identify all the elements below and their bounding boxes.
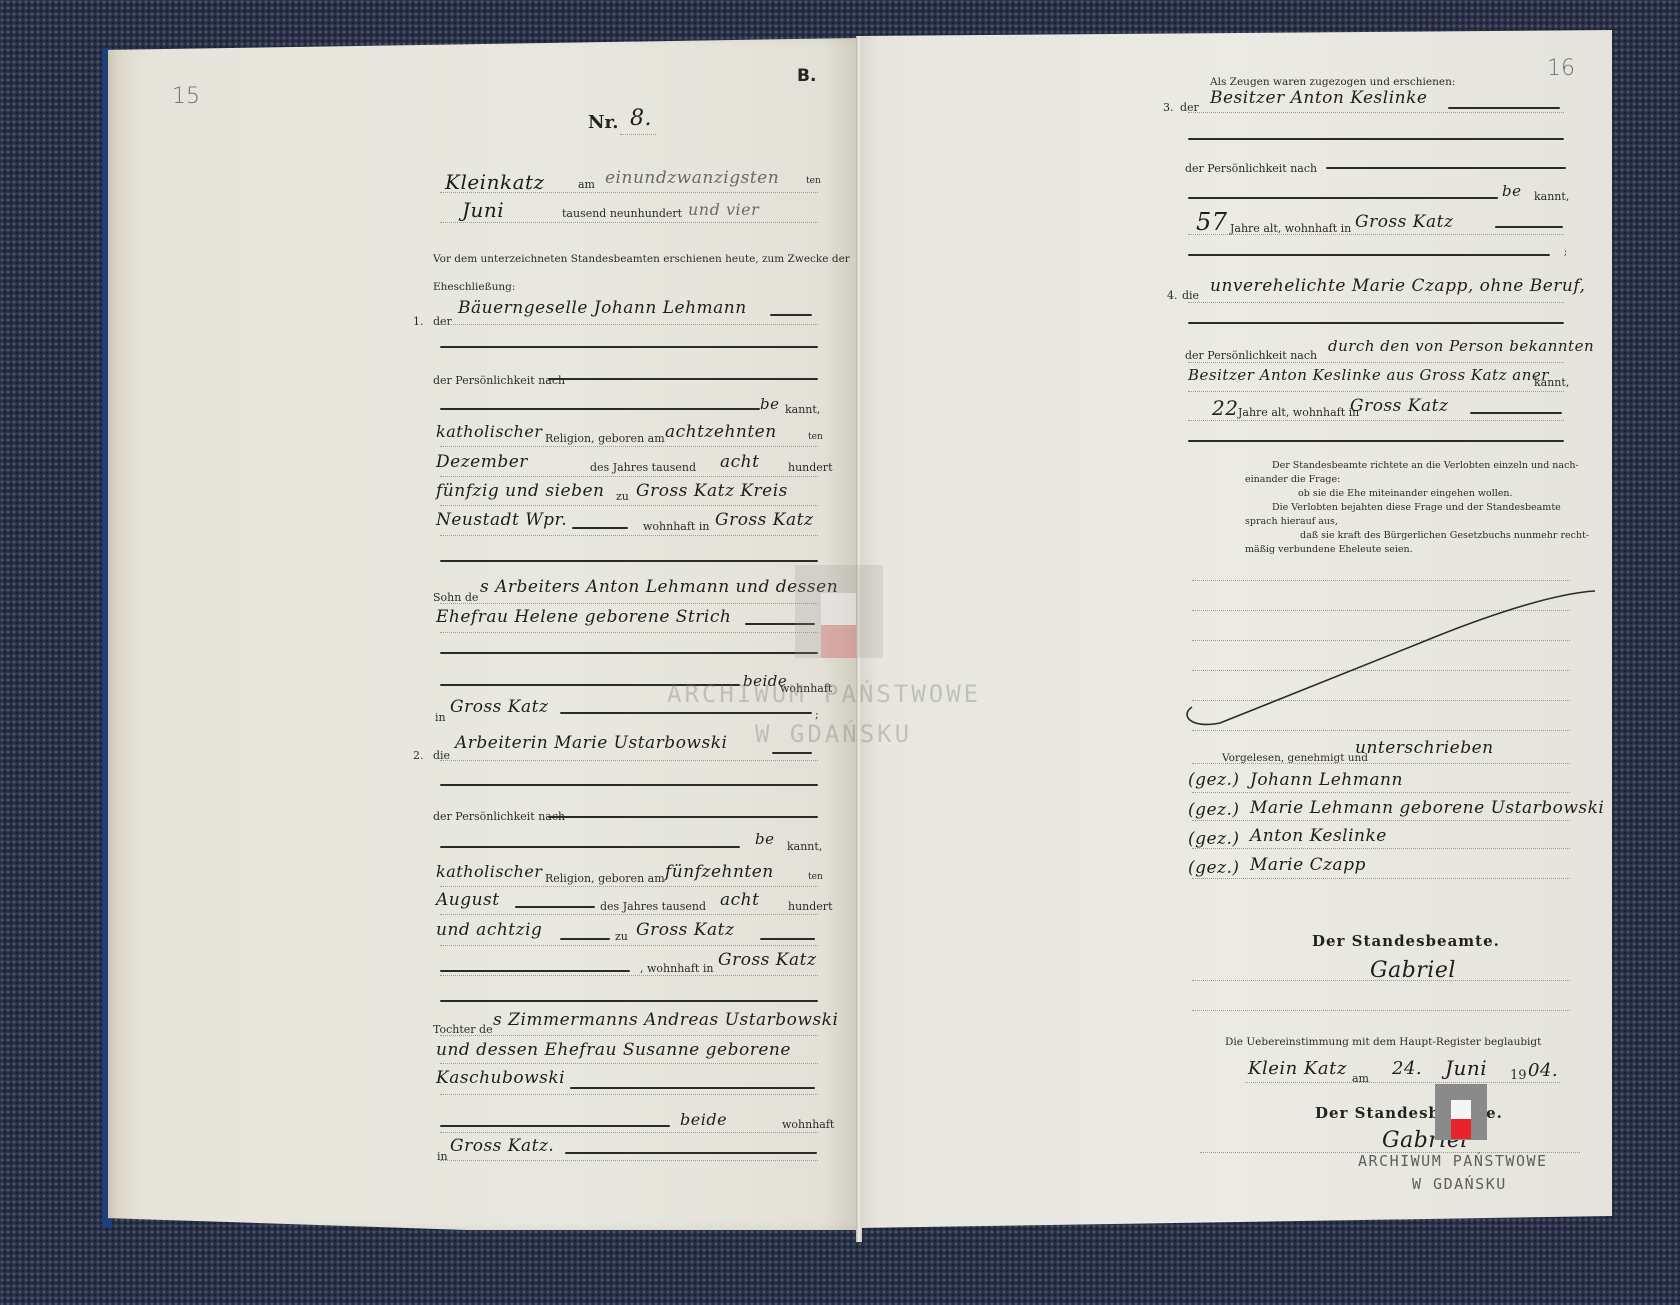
witness1-residence: Gross Katz: [1355, 212, 1453, 232]
place-hand: Kleinkatz: [445, 170, 545, 194]
religion-label: Religion, geboren am: [545, 872, 665, 885]
witness1-age: 57: [1196, 208, 1228, 236]
ten-suffix: ten: [808, 872, 823, 882]
archive-logo: [1435, 1084, 1487, 1140]
religion-label: Religion, geboren am: [545, 432, 665, 445]
certification-month: Juni: [1445, 1056, 1487, 1080]
groom-religion: katholischer: [436, 422, 542, 441]
zu-label: zu: [615, 930, 628, 943]
persoenlichkeit-label: der Persönlichkeit nach: [433, 374, 565, 387]
die-label: die: [1182, 289, 1199, 302]
bride-parents-residence: Gross Katz.: [450, 1136, 554, 1156]
am-label: am: [1352, 1072, 1369, 1085]
bekannt-hand: be: [755, 830, 774, 848]
bride-birth-month: August: [436, 890, 500, 910]
bekannt-print: kannt,: [1534, 190, 1569, 203]
certification-place: Klein Katz: [1248, 1058, 1347, 1079]
ten-suffix: ten: [808, 432, 823, 442]
archive-logo: [795, 565, 883, 658]
declaration-line: sprach hierauf aus,: [1245, 516, 1338, 527]
signature-prefix: (gez.): [1188, 829, 1240, 849]
folio-number-right: 16: [1547, 56, 1575, 81]
bekannt-print: kannt,: [787, 840, 822, 853]
certification-day: 24.: [1392, 1058, 1422, 1079]
witness2-ident-1: durch den von Person bekannten: [1328, 337, 1594, 355]
bride-residence: Gross Katz: [718, 950, 816, 970]
hundert-label: hundert: [788, 900, 832, 913]
bride-birthplace: Gross Katz: [636, 920, 734, 940]
signature-prefix: (gez.): [1188, 858, 1240, 878]
der-label: der: [433, 315, 452, 328]
register-letter: B.: [797, 66, 816, 86]
signature-name: Johann Lehmann: [1250, 770, 1403, 790]
declaration-line: ob sie die Ehe miteinander eingehen woll…: [1298, 488, 1513, 499]
entry-number-label: Nr.: [588, 112, 619, 133]
signature-name: Marie Lehmann geborene Ustarbowski: [1250, 798, 1604, 818]
groom-birth-month: Dezember: [436, 452, 528, 472]
bride-birth-day: fünfzehnten: [665, 862, 774, 882]
certification-year-hand: 04.: [1528, 1060, 1558, 1081]
bride-name: Arbeiterin Marie Ustarbowski: [455, 733, 727, 753]
watermark-line-1: ARCHIWUM PAŃSTWOWE: [667, 680, 981, 708]
unterschrieben-hand: unterschrieben: [1355, 738, 1494, 758]
in-label: in: [437, 1150, 448, 1163]
intro-text: Vor dem unterzeichneten Standesbeamten e…: [433, 253, 850, 265]
certification-year-print: 19: [1510, 1068, 1527, 1083]
witness2-number: 4.: [1167, 289, 1178, 302]
groom-birth-year: fünfzig und sieben: [436, 481, 604, 501]
bekannt-print: kannt,: [1534, 376, 1569, 389]
declaration-line: daß sie kraft des Bürgerlichen Gesetzbuc…: [1300, 530, 1589, 541]
entry-number: 8.: [630, 106, 652, 131]
bride-birth-year: und achtzig: [436, 920, 542, 940]
bride-parents-1: s Zimmermanns Andreas Ustarbowski: [493, 1010, 838, 1030]
bride-religion: katholischer: [436, 862, 542, 881]
ten-suffix: ten: [806, 176, 821, 186]
year-printed: tausend neunhundert: [562, 207, 682, 220]
witnesses-heading: Als Zeugen waren zugezogen und erschiene…: [1210, 76, 1455, 88]
witness1-name: Besitzer Anton Keslinke: [1210, 88, 1427, 108]
declaration-line: Der Standesbeamte richtete an die Verlob…: [1272, 460, 1579, 471]
wohnhaft-label: , wohnhaft in: [640, 962, 713, 975]
persoenlichkeit-label: der Persönlichkeit nach: [1185, 349, 1317, 362]
bride-number: 2.: [413, 749, 424, 762]
groom-parents-residence: Gross Katz: [450, 697, 548, 717]
bride-birth-century: acht: [720, 890, 759, 910]
bekannt-hand: be: [1502, 182, 1521, 200]
bekannt-print: kannt,: [785, 403, 820, 416]
witness1-number: 3.: [1163, 101, 1174, 114]
declaration-line: einander die Frage:: [1245, 474, 1340, 485]
groom-residence: Gross Katz: [715, 510, 813, 530]
zu-label: zu: [616, 490, 629, 503]
witness2-residence: Gross Katz: [1350, 396, 1448, 416]
certification-text: Die Uebereinstimmung mit dem Haupt-Regis…: [1225, 1036, 1541, 1048]
watermark-line-2: W GDAŃSKU: [1412, 1175, 1507, 1193]
signature-prefix: (gez.): [1188, 770, 1240, 790]
wohnhaft-label: wohnhaft: [782, 1118, 834, 1131]
groom-number: 1.: [413, 315, 424, 328]
bride-parents-3: Kaschubowski: [436, 1068, 565, 1088]
in-label: in: [435, 711, 446, 724]
groom-parents-2: Ehefrau Helene geborene Strich: [436, 607, 731, 627]
marriage-day: einundzwanzigsten: [605, 168, 779, 188]
groom-parents-1: s Arbeiters Anton Lehmann und dessen: [480, 577, 838, 597]
persoenlichkeit-label: der Persönlichkeit nach: [433, 810, 565, 823]
groom-name: Bäuerngeselle Johann Lehmann: [458, 298, 747, 318]
witness2-name: unverehelichte Marie Czapp, ohne Beruf,: [1210, 276, 1585, 296]
groom-birth-day: achtzehnten: [665, 422, 777, 442]
witness2-ident-2: Besitzer Anton Keslinke aus Gross Katz a…: [1188, 366, 1549, 384]
signature-name: Anton Keslinke: [1250, 826, 1387, 846]
groom-birth-century: acht: [720, 452, 759, 472]
bekannt-hand: be: [760, 395, 779, 413]
groom-birthplace: Gross Katz Kreis: [636, 481, 788, 501]
official-title: Der Standesbeamte.: [1312, 932, 1500, 950]
declaration-line: Die Verlobten bejahten diese Frage und d…: [1272, 502, 1561, 513]
signature-prefix: (gez.): [1188, 800, 1240, 820]
bride-parents-2: und dessen Ehefrau Susanne geborene: [436, 1040, 791, 1060]
folio-number-left: 15: [172, 84, 200, 109]
age-label: Jahre alt, wohnhaft in: [1238, 406, 1359, 419]
intro-text-2: Eheschließung:: [433, 281, 515, 293]
des-jahres-label: des Jahres tausend: [590, 461, 696, 474]
watermark-line-2: W GDAŃSKU: [755, 720, 912, 748]
des-jahres-label: des Jahres tausend: [600, 900, 706, 913]
groom-birthplace-2: Neustadt Wpr.: [436, 510, 567, 530]
beide-hand: beide: [680, 1110, 727, 1129]
witness2-age: 22: [1212, 396, 1238, 420]
hundert-label: hundert: [788, 461, 832, 474]
marriage-year-words: und vier: [688, 200, 759, 219]
semicolon: ;: [1564, 248, 1567, 258]
wohnhaft-label: wohnhaft in: [643, 520, 709, 533]
persoenlichkeit-label: der Persönlichkeit nach: [1185, 162, 1317, 175]
am-label: am: [578, 178, 595, 191]
cancellation-flourish: [1180, 585, 1600, 735]
watermark-line-1: ARCHIWUM PAŃSTWOWE: [1358, 1152, 1548, 1170]
signature-name: Marie Czapp: [1250, 855, 1366, 875]
declaration-line: mäßig verbundene Eheleute seien.: [1245, 544, 1413, 555]
marriage-month: Juni: [462, 198, 504, 222]
